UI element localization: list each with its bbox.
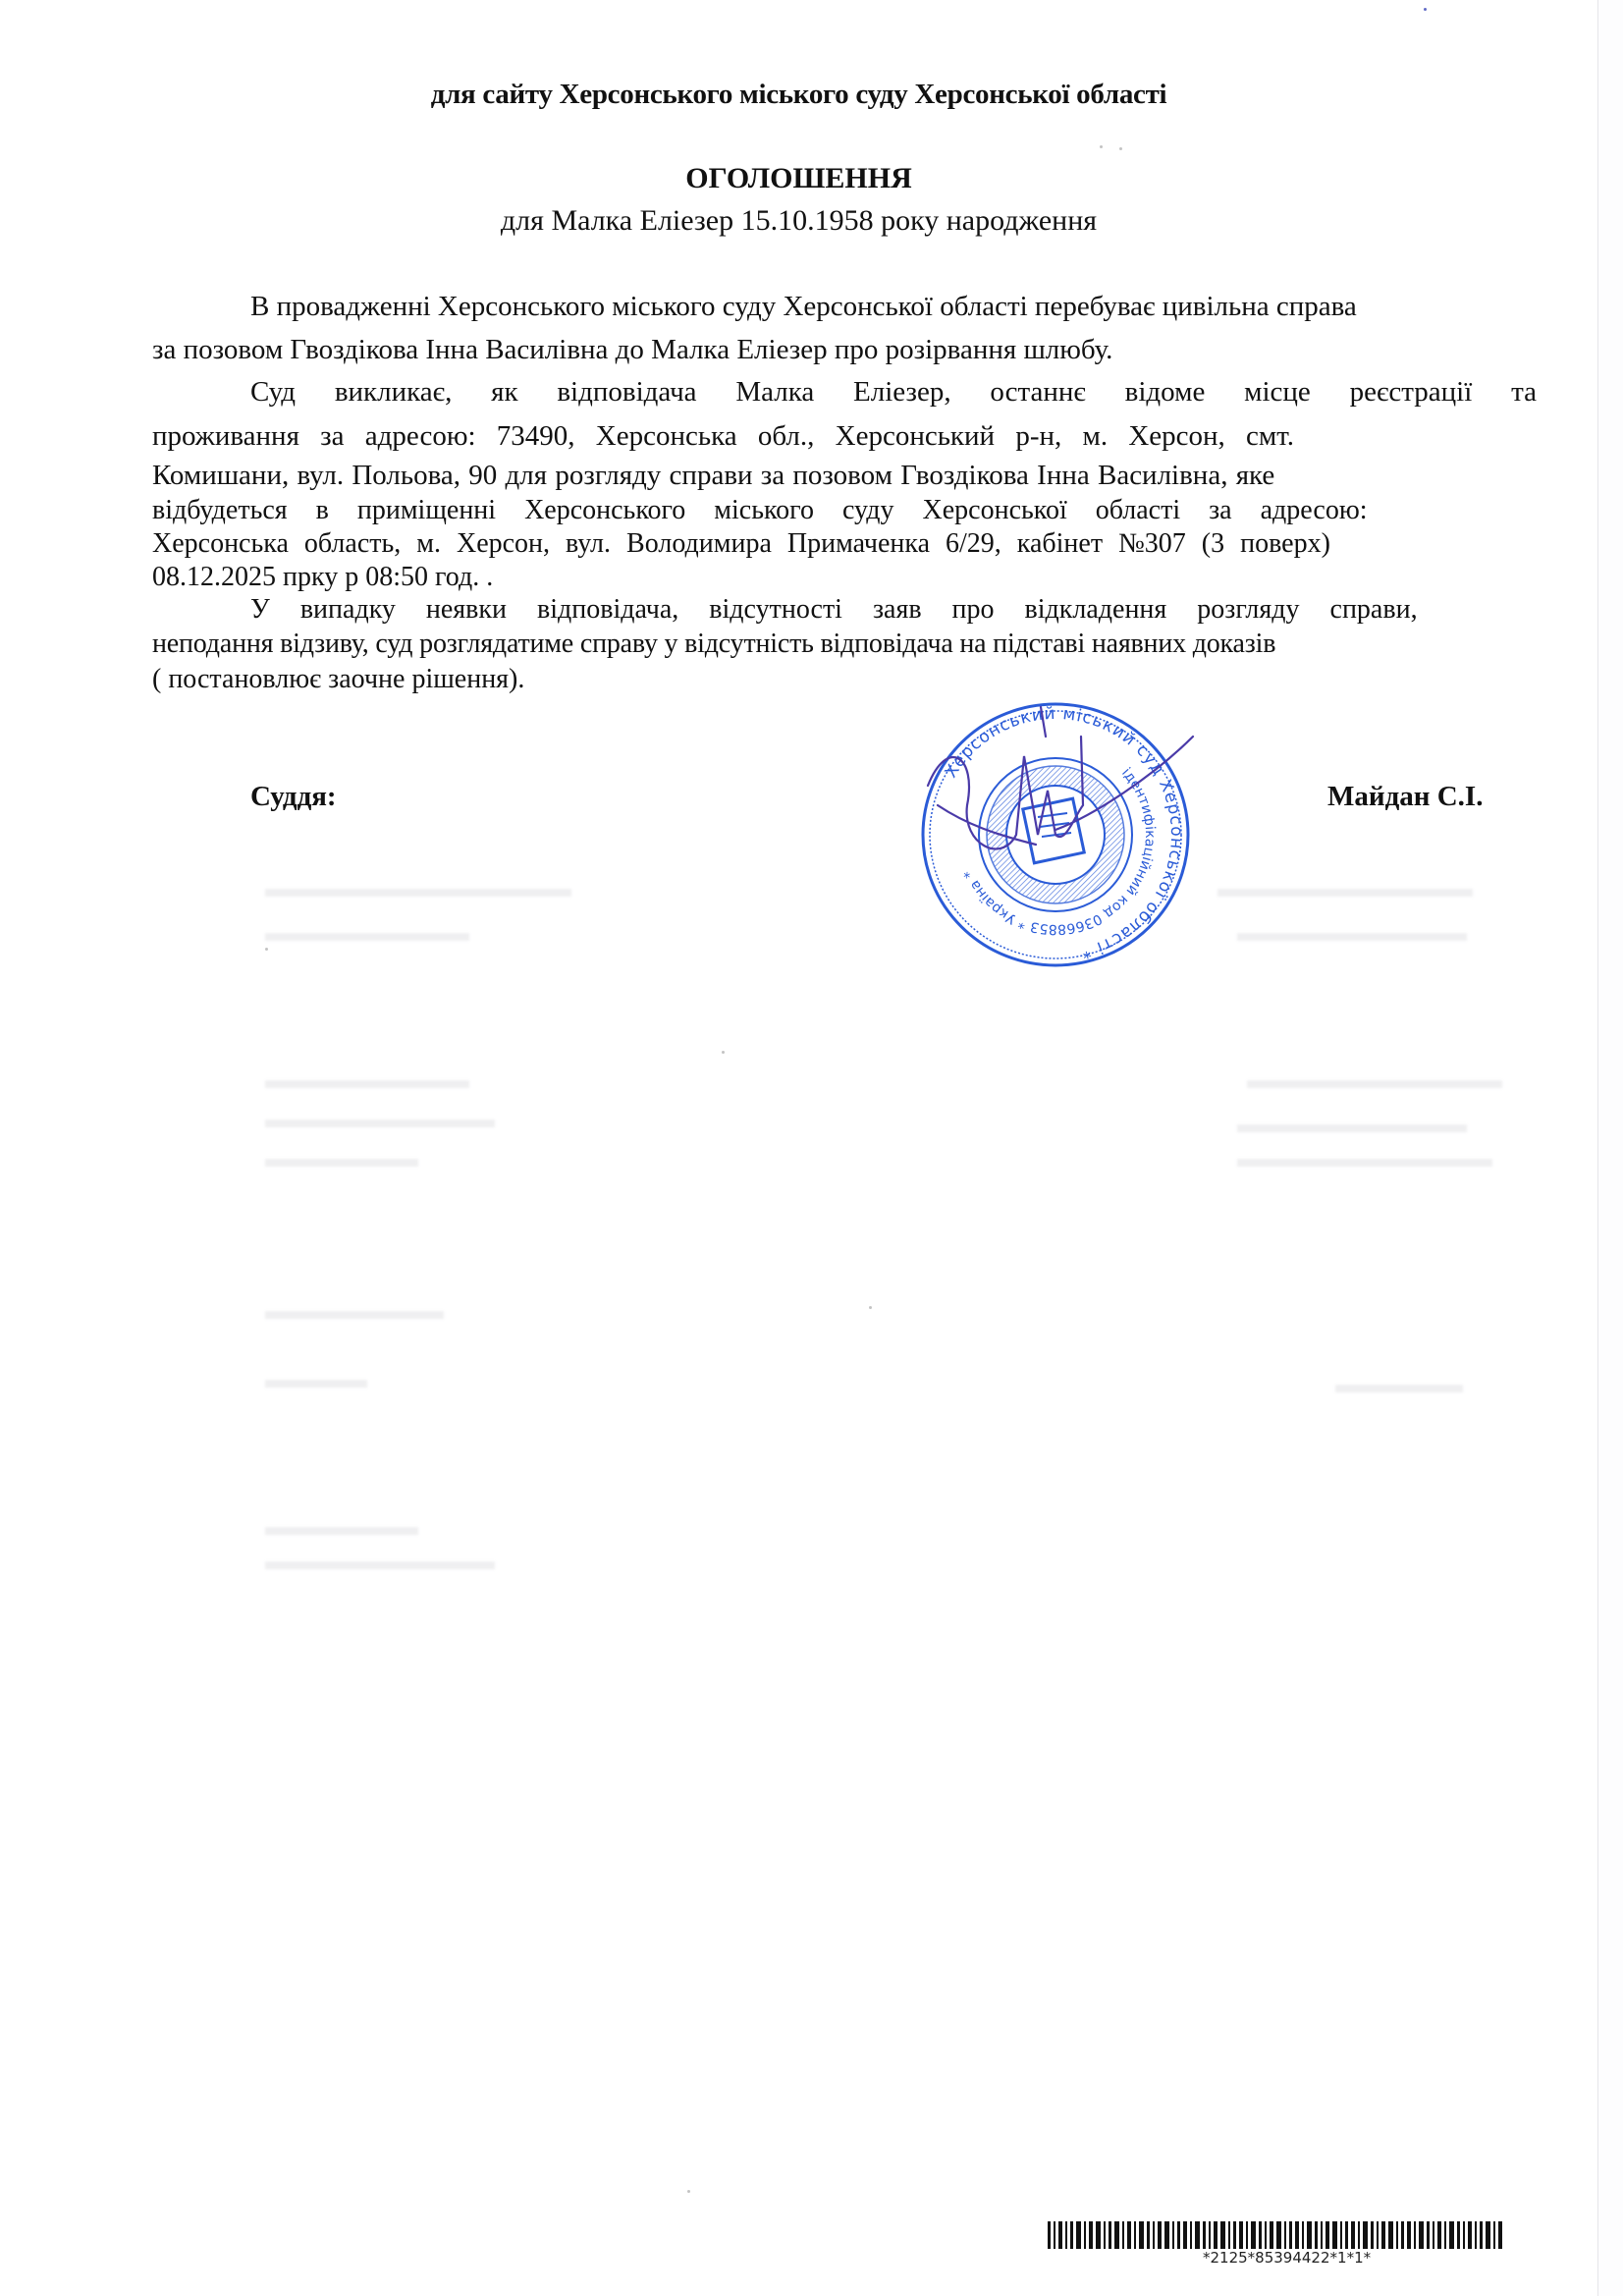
bleed-through-text: ▬▬▬▬▬▬▬▬▬▬ bbox=[1247, 1066, 1502, 1095]
paragraph-line: Комишани, вул. Польова, 90 для розгляду … bbox=[152, 460, 1537, 492]
paragraph-line: Херсонська область, м. Херсон, вул. Воло… bbox=[152, 528, 1537, 560]
paragraph-line: У випадку неявки відповідача, відсутност… bbox=[250, 594, 1537, 626]
scan-speck bbox=[265, 948, 268, 951]
line-text: ( постановлює заочне рішення). bbox=[152, 664, 524, 694]
signature-label: Суддя: bbox=[250, 781, 337, 813]
line-text: проживання за адресою: 73490, Херсонська… bbox=[152, 420, 1294, 452]
paragraph-line: за позовом Гвоздікова Інна Василівна до … bbox=[152, 334, 1537, 366]
scan-speck bbox=[722, 1051, 725, 1054]
paragraph-line: проживання за адресою: 73490, Херсонська… bbox=[152, 420, 1537, 453]
scan-speck bbox=[1100, 145, 1103, 148]
bleed-through-text: ▬▬▬▬▬▬ bbox=[265, 1512, 418, 1542]
document-subtitle: для Малка Еліезер 15.10.1958 року народж… bbox=[0, 204, 1597, 238]
line-text: Херсонська область, м. Херсон, вул. Воло… bbox=[152, 528, 1330, 559]
scan-speck bbox=[1424, 8, 1427, 11]
line-text: за позовом Гвоздікова Інна Василівна до … bbox=[152, 334, 1112, 365]
line-text: 08.12.2025 прку р 08:50 год. . bbox=[152, 562, 493, 592]
paragraph-line: неподання відзиву, суд розглядатиме спра… bbox=[152, 629, 1537, 660]
paragraph-line: відбудеться в приміщенні Херсонського мі… bbox=[152, 495, 1537, 526]
bleed-through-text: ▬▬▬▬▬▬▬▬▬▬▬▬ bbox=[265, 874, 571, 903]
barcode-text: *2125*85394422*1*1* bbox=[1203, 2249, 1371, 2267]
scan-speck bbox=[869, 1306, 872, 1309]
judge-name: Майдан С.І. bbox=[1327, 781, 1483, 813]
paragraph-line: 08.12.2025 прку р 08:50 год. . bbox=[152, 562, 1537, 593]
paragraph-line: ( постановлює заочне рішення). bbox=[152, 664, 1537, 695]
bleed-through-text: ▬▬▬▬ bbox=[265, 1365, 367, 1394]
line-text: У випадку неявки відповідача, відсутност… bbox=[250, 594, 1418, 625]
document-title: ОГОЛОШЕННЯ bbox=[0, 162, 1597, 195]
paragraph-line: В провадженні Херсонського міського суду… bbox=[250, 291, 1537, 323]
bleed-through-text: ▬▬▬▬▬▬▬▬▬ bbox=[1237, 918, 1467, 948]
line-text: Комишани, вул. Польова, 90 для розгляду … bbox=[152, 460, 1274, 491]
scan-speck bbox=[687, 2190, 690, 2193]
line-text: неподання відзиву, суд розглядатиме спра… bbox=[152, 629, 1275, 659]
bleed-through-text: ▬▬▬▬▬▬ bbox=[265, 1144, 418, 1174]
line-text: Суд викликає, як відповідача Малка Еліез… bbox=[250, 376, 1537, 408]
bleed-through-text: ▬▬▬▬▬▬▬▬▬ bbox=[265, 1105, 495, 1134]
document-page: ▬▬▬▬▬▬▬▬▬▬▬▬ ▬▬▬▬▬▬▬▬▬▬ ▬▬▬▬▬▬▬▬ ▬▬▬▬▬▬▬… bbox=[0, 0, 1597, 2296]
bleed-through-text: ▬▬▬▬▬▬▬▬▬ bbox=[1237, 1110, 1467, 1139]
scan-speck bbox=[1119, 147, 1122, 150]
paragraph-line: Суд викликає, як відповідача Малка Еліез… bbox=[250, 376, 1537, 409]
bleed-through-text: ▬▬▬▬▬ bbox=[1335, 1370, 1463, 1399]
bleed-through-text: ▬▬▬▬▬▬▬▬▬▬ bbox=[1217, 874, 1473, 903]
line-text: відбудеться в приміщенні Херсонського мі… bbox=[152, 495, 1368, 525]
official-stamp-icon: Херсонський міський суд Херсонської обла… bbox=[908, 697, 1203, 972]
document-barcode bbox=[1048, 2221, 1548, 2249]
bleed-through-text: ▬▬▬▬▬▬▬ bbox=[265, 1296, 444, 1326]
bleed-through-text: ▬▬▬▬▬▬▬▬▬ bbox=[265, 1547, 495, 1576]
bleed-through-text: ▬▬▬▬▬▬▬▬▬▬ bbox=[1237, 1144, 1492, 1174]
document-header: для сайту Херсонського міського суду Хер… bbox=[0, 79, 1597, 111]
line-text: В провадженні Херсонського міського суду… bbox=[250, 291, 1357, 323]
bleed-through-text: ▬▬▬▬▬▬▬▬ bbox=[265, 1066, 469, 1095]
bleed-through-text: ▬▬▬▬▬▬▬▬ bbox=[265, 918, 469, 948]
